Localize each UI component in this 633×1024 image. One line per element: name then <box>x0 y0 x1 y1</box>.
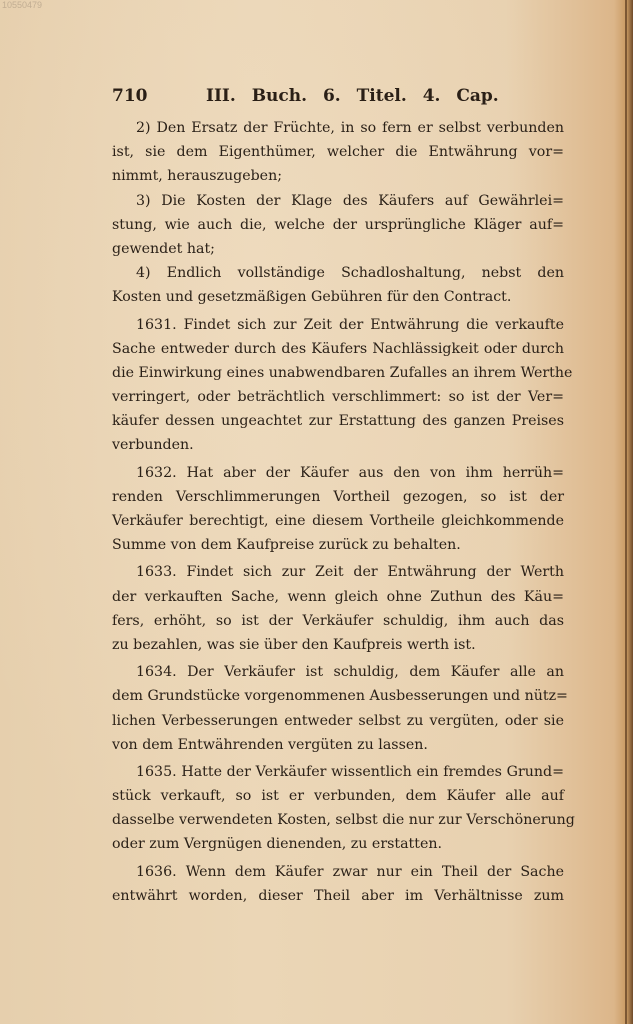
text-line: 2) Den Ersatz der Früchte, in so fern er… <box>112 116 564 140</box>
page-header: 710 III. Buch. 6. Titel. 4. Cap. <box>112 86 582 112</box>
text-line: käufer dessen ungeachtet zur Erstattung … <box>112 409 564 433</box>
text-line: 3) Die Kosten der Klage des Käufers auf … <box>112 189 564 213</box>
paragraph-1636: 1636. Wenn dem Käufer zwar nur ein Theil… <box>112 860 564 908</box>
text-line: 1635. Hatte der Verkäufer wissentlich ei… <box>112 760 564 784</box>
text-line: stück verkauft, so ist er verbunden, dem… <box>112 784 564 808</box>
text-line: der verkauften Sache, wenn gleich ohne Z… <box>112 585 564 609</box>
text-line: zu bezahlen, was sie über den Kaufpreis … <box>112 633 564 657</box>
running-title: III. Buch. 6. Titel. 4. Cap. <box>206 86 499 106</box>
paragraph-1632: 1632. Hat aber der Käufer aus den von ih… <box>112 461 564 558</box>
book-page: 10550479 710 III. Buch. 6. Titel. 4. Cap… <box>0 0 633 1024</box>
text-line: Sache entweder durch des Käufers Nachläs… <box>112 337 564 361</box>
text-line: gewendet hat; <box>112 237 564 261</box>
text-line: die Einwirkung eines unabwendbaren Zufal… <box>112 361 564 385</box>
text-line: 4) Endlich vollständige Schadloshaltung,… <box>112 261 564 285</box>
text-line: 1632. Hat aber der Käufer aus den von ih… <box>112 461 564 485</box>
text-line: von dem Entwährenden vergüten zu lassen. <box>112 733 564 757</box>
text-line: entwährt worden, dieser Theil aber im Ve… <box>112 884 564 908</box>
text-line: ist, sie dem Eigenthümer, welcher die En… <box>112 140 564 164</box>
paragraph-item-4: 4) Endlich vollständige Schadloshaltung,… <box>112 261 564 309</box>
text-line: 1633. Findet sich zur Zeit der Entwährun… <box>112 560 564 584</box>
text-line: lichen Verbesserungen entweder selbst zu… <box>112 709 564 733</box>
text-line: Verkäufer berechtigt, eine diesem Vorthe… <box>112 509 564 533</box>
text-line: dasselbe verwendeten Kosten, selbst die … <box>112 808 564 832</box>
text-line: 1631. Findet sich zur Zeit der Entwährun… <box>112 313 564 337</box>
text-line: verbunden. <box>112 433 564 457</box>
text-line: renden Verschlimmerungen Vortheil gezoge… <box>112 485 564 509</box>
paragraph-1635: 1635. Hatte der Verkäufer wissentlich ei… <box>112 760 564 857</box>
text-line: Summe von dem Kaufpreise zurück zu behal… <box>112 533 564 557</box>
paragraph-1631: 1631. Findet sich zur Zeit der Entwährun… <box>112 313 564 458</box>
paragraph-1634: 1634. Der Verkäufer ist schuldig, dem Kä… <box>112 660 564 757</box>
text-line: verringert, oder beträchtlich verschlimm… <box>112 385 564 409</box>
body-text: 2) Den Ersatz der Früchte, in so fern er… <box>112 116 564 908</box>
text-line: Kosten und gesetzmäßigen Gebühren für de… <box>112 285 564 309</box>
scan-id-label: 10550479 <box>2 0 42 10</box>
paragraph-1633: 1633. Findet sich zur Zeit der Entwährun… <box>112 560 564 657</box>
text-line: dem Grundstücke vorgenommenen Ausbesseru… <box>112 684 564 708</box>
text-line: fers, erhöht, so ist der Verkäufer schul… <box>112 609 564 633</box>
text-line: oder zum Vergnügen dienenden, zu erstatt… <box>112 832 564 856</box>
text-line: 1636. Wenn dem Käufer zwar nur ein Theil… <box>112 860 564 884</box>
page-number: 710 <box>112 86 148 106</box>
text-line: nimmt, herauszugeben; <box>112 164 564 188</box>
text-line: 1634. Der Verkäufer ist schuldig, dem Kä… <box>112 660 564 684</box>
text-line: stung, wie auch die, welche der ursprüng… <box>112 213 564 237</box>
paragraph-item-3: 3) Die Kosten der Klage des Käufers auf … <box>112 189 564 262</box>
paragraph-item-2: 2) Den Ersatz der Früchte, in so fern er… <box>112 116 564 189</box>
